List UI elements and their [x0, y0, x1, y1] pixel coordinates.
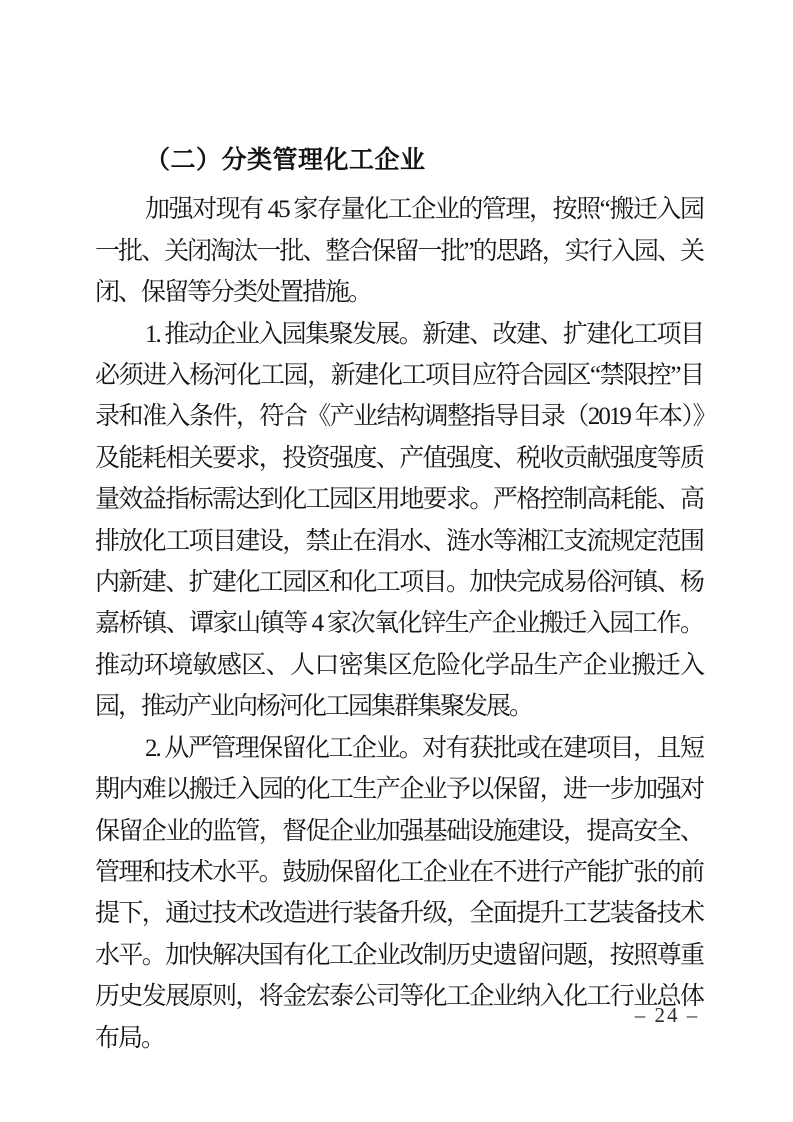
document-content: （二）分类管理化工企业 加强对现有 45 家存量化工企业的管理，按照“搬迁入园一… — [95, 140, 703, 1059]
section-heading: （二）分类管理化工企业 — [95, 140, 703, 181]
paragraph-overview: 加强对现有 45 家存量化工企业的管理，按照“搬迁入园一批、关闭淘汰一批、整合保… — [95, 189, 703, 313]
paragraph-item-1: 1. 推动企业入园集聚发展。新建、改建、扩建化工项目必须进入杨河化工园，新建化工… — [95, 314, 703, 728]
document-page: （二）分类管理化工企业 加强对现有 45 家存量化工企业的管理，按照“搬迁入园一… — [0, 0, 793, 1122]
page-number: – 24 – — [612, 1000, 722, 1030]
